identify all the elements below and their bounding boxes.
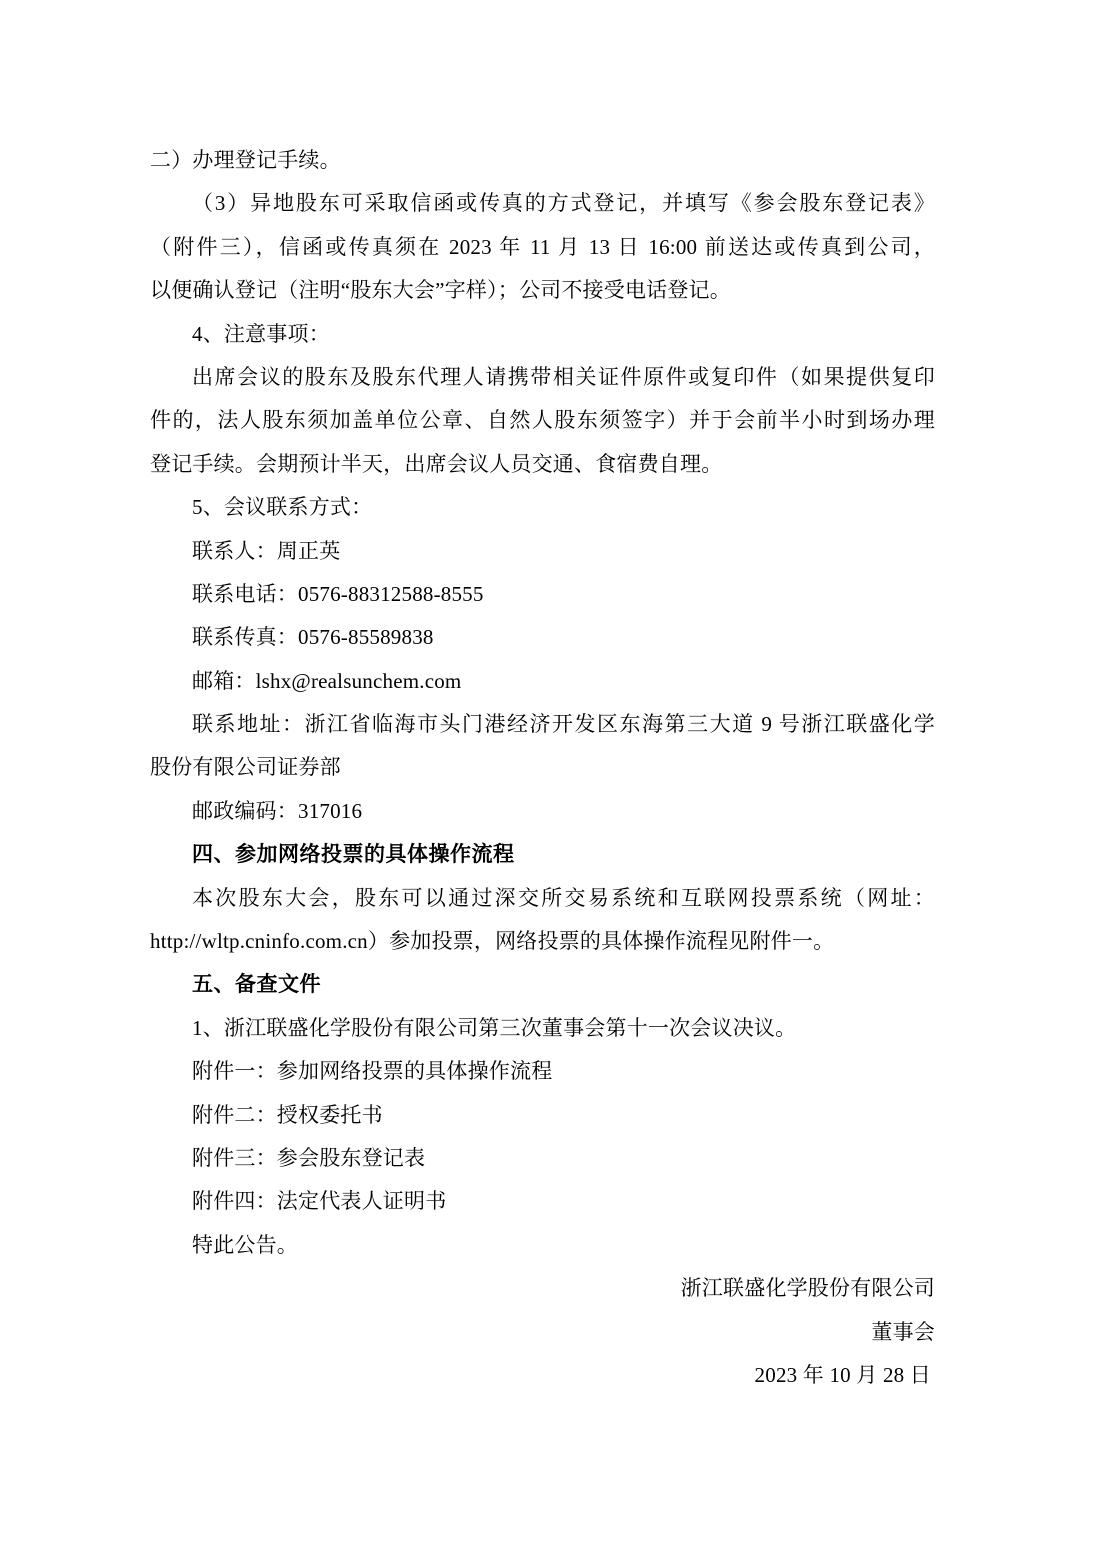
paragraph-line-remote-shareholder-registration: （3）异地股东可采取信函或传真的方式登记，并填写《参会股东登记表》 bbox=[150, 182, 935, 225]
list-item-contact-heading: 5、会议联系方式： bbox=[150, 486, 935, 529]
paragraph-line-confirm-registration: 以便确认登记（注明“股东大会”字样）；公司不接受电话登记。 bbox=[150, 269, 935, 312]
contact-fax-line: 联系传真：0576-85589838 bbox=[150, 616, 935, 659]
paragraph-line-meeting-duration: 登记手续。会期预计半天，出席会议人员交通、食宿费自理。 bbox=[150, 443, 935, 486]
attachment-four-line: 附件四：法定代表人证明书 bbox=[150, 1180, 935, 1223]
list-item-board-resolution: 1、浙江联盛化学股份有限公司第三次董事会第十一次会议决议。 bbox=[150, 1007, 935, 1050]
signature-board: 董事会 bbox=[150, 1311, 935, 1354]
paragraph-line-voting-systems: 本次股东大会，股东可以通过深交所交易系统和互联网投票系统（网址： bbox=[150, 877, 935, 920]
paragraph-line-fax-deadline: （附件三），信函或传真须在 2023 年 11 月 13 日 16:00 前送达… bbox=[150, 226, 935, 269]
attachment-one-line: 附件一：参加网络投票的具体操作流程 bbox=[150, 1050, 935, 1093]
contact-email-line: 邮箱：lshx@realsunchem.com bbox=[150, 660, 935, 703]
list-item-notes-heading: 4、注意事项： bbox=[150, 313, 935, 356]
paragraph-line-registration-procedure: 二）办理登记手续。 bbox=[150, 139, 935, 182]
contact-person-line: 联系人：周正英 bbox=[150, 530, 935, 573]
document-page: 二）办理登记手续。 （3）异地股东可采取信函或传真的方式登记，并填写《参会股东登… bbox=[0, 0, 1102, 1559]
contact-phone-line: 联系电话：0576-88312588-8555 bbox=[150, 573, 935, 616]
signature-company: 浙江联盛化学股份有限公司 bbox=[150, 1267, 935, 1310]
announcement-closing-line: 特此公告。 bbox=[150, 1224, 935, 1267]
attachment-three-line: 附件三：参会股东登记表 bbox=[150, 1137, 935, 1180]
attachment-two-line: 附件二：授权委托书 bbox=[150, 1094, 935, 1137]
section-heading-online-voting: 四、参加网络投票的具体操作流程 bbox=[150, 833, 935, 876]
paragraph-line-voting-url: http://wltp.cninfo.com.cn）参加投票，网络投票的具体操作… bbox=[150, 920, 935, 963]
document-body: 二）办理登记手续。 （3）异地股东可采取信函或传真的方式登记，并填写《参会股东登… bbox=[150, 139, 935, 1397]
paragraph-line-attendance-documents: 出席会议的股东及股东代理人请携带相关证件原件或复印件（如果提供复印 bbox=[150, 356, 935, 399]
paragraph-line-seal-signature: 件的，法人股东须加盖单位公章、自然人股东须签字）并于会前半小时到场办理 bbox=[150, 399, 935, 442]
contact-address-line: 联系地址：浙江省临海市头门港经济开发区东海第三大道 9 号浙江联盛化学 bbox=[150, 703, 935, 746]
section-heading-reference-documents: 五、备查文件 bbox=[150, 963, 935, 1006]
postal-code-line: 邮政编码：317016 bbox=[150, 790, 935, 833]
contact-address-continuation-line: 股份有限公司证券部 bbox=[150, 746, 935, 789]
signature-date: 2023 年 10 月 28 日 bbox=[150, 1354, 935, 1397]
